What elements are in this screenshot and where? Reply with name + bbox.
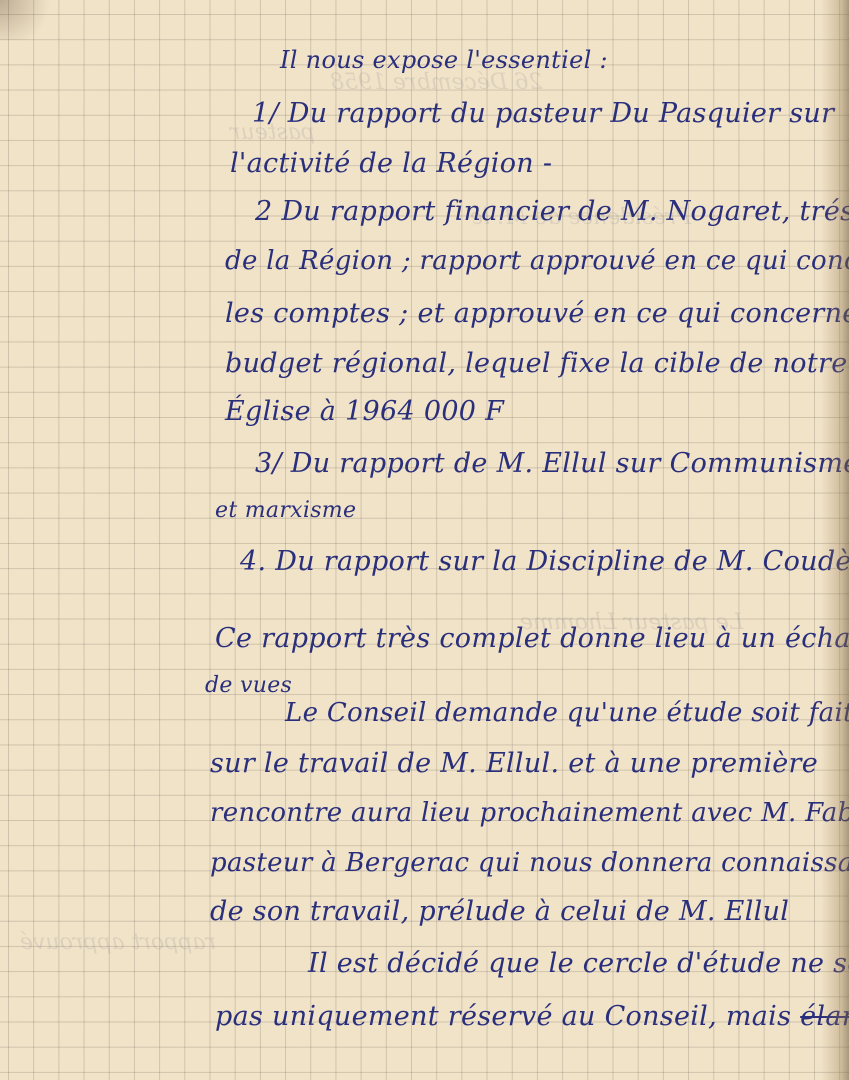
handwritten-line: les comptes ; et approuvé en ce qui conc… xyxy=(225,300,849,327)
notebook-page: 26 Décembre 1958 Présidence de M. le pas… xyxy=(0,0,849,1080)
page-edge-shadow xyxy=(821,0,849,1080)
handwritten-line: pasteur à Bergerac qui nous donnera conn… xyxy=(210,850,849,876)
handwritten-line: pas uniquement réservé au Conseil, mais … xyxy=(215,1003,849,1030)
handwritten-line: Il nous expose l'essentiel : xyxy=(280,48,608,72)
handwritten-line: l'activité de la Région - xyxy=(230,150,552,177)
handwritten-line: de la Région ; rapport approuvé en ce qu… xyxy=(225,248,849,274)
handwritten-line: 1/ Du rapport du pasteur Du Pasquier sur xyxy=(252,100,834,127)
handwritten-line: et marxisme xyxy=(215,500,356,522)
handwritten-line: sur le travail de M. Ellul. et à une pre… xyxy=(210,750,818,777)
handwritten-line: rencontre aura lieu prochainement avec M… xyxy=(210,800,849,826)
handwritten-line: de son travail, prélude à celui de M. El… xyxy=(210,898,789,925)
handwritten-line: Église à 1964 000 F xyxy=(225,398,504,425)
handwritten-line: 2 Du rapport financier de M. Nogaret, tr… xyxy=(255,198,849,225)
bleed-through-text: rapport approuvé xyxy=(20,930,216,955)
line-text: pas uniquement réservé au Conseil, mais xyxy=(215,1001,791,1032)
handwritten-line: 4. Du rapport sur la Discipline de M. Co… xyxy=(240,548,849,575)
page-corner-shadow xyxy=(0,0,60,40)
handwritten-line: de vues xyxy=(205,675,292,697)
handwritten-line: 3/ Du rapport de M. Ellul sur Communisme xyxy=(255,450,849,477)
handwritten-line: Il est décidé que le cercle d'étude ne s… xyxy=(308,950,849,977)
handwritten-line: budget régional, lequel fixe la cible de… xyxy=(225,350,847,377)
handwritten-line: Le Conseil demande qu'une étude soit fai… xyxy=(285,700,849,726)
handwritten-line: Ce rapport très complet donne lieu à un … xyxy=(215,625,849,652)
